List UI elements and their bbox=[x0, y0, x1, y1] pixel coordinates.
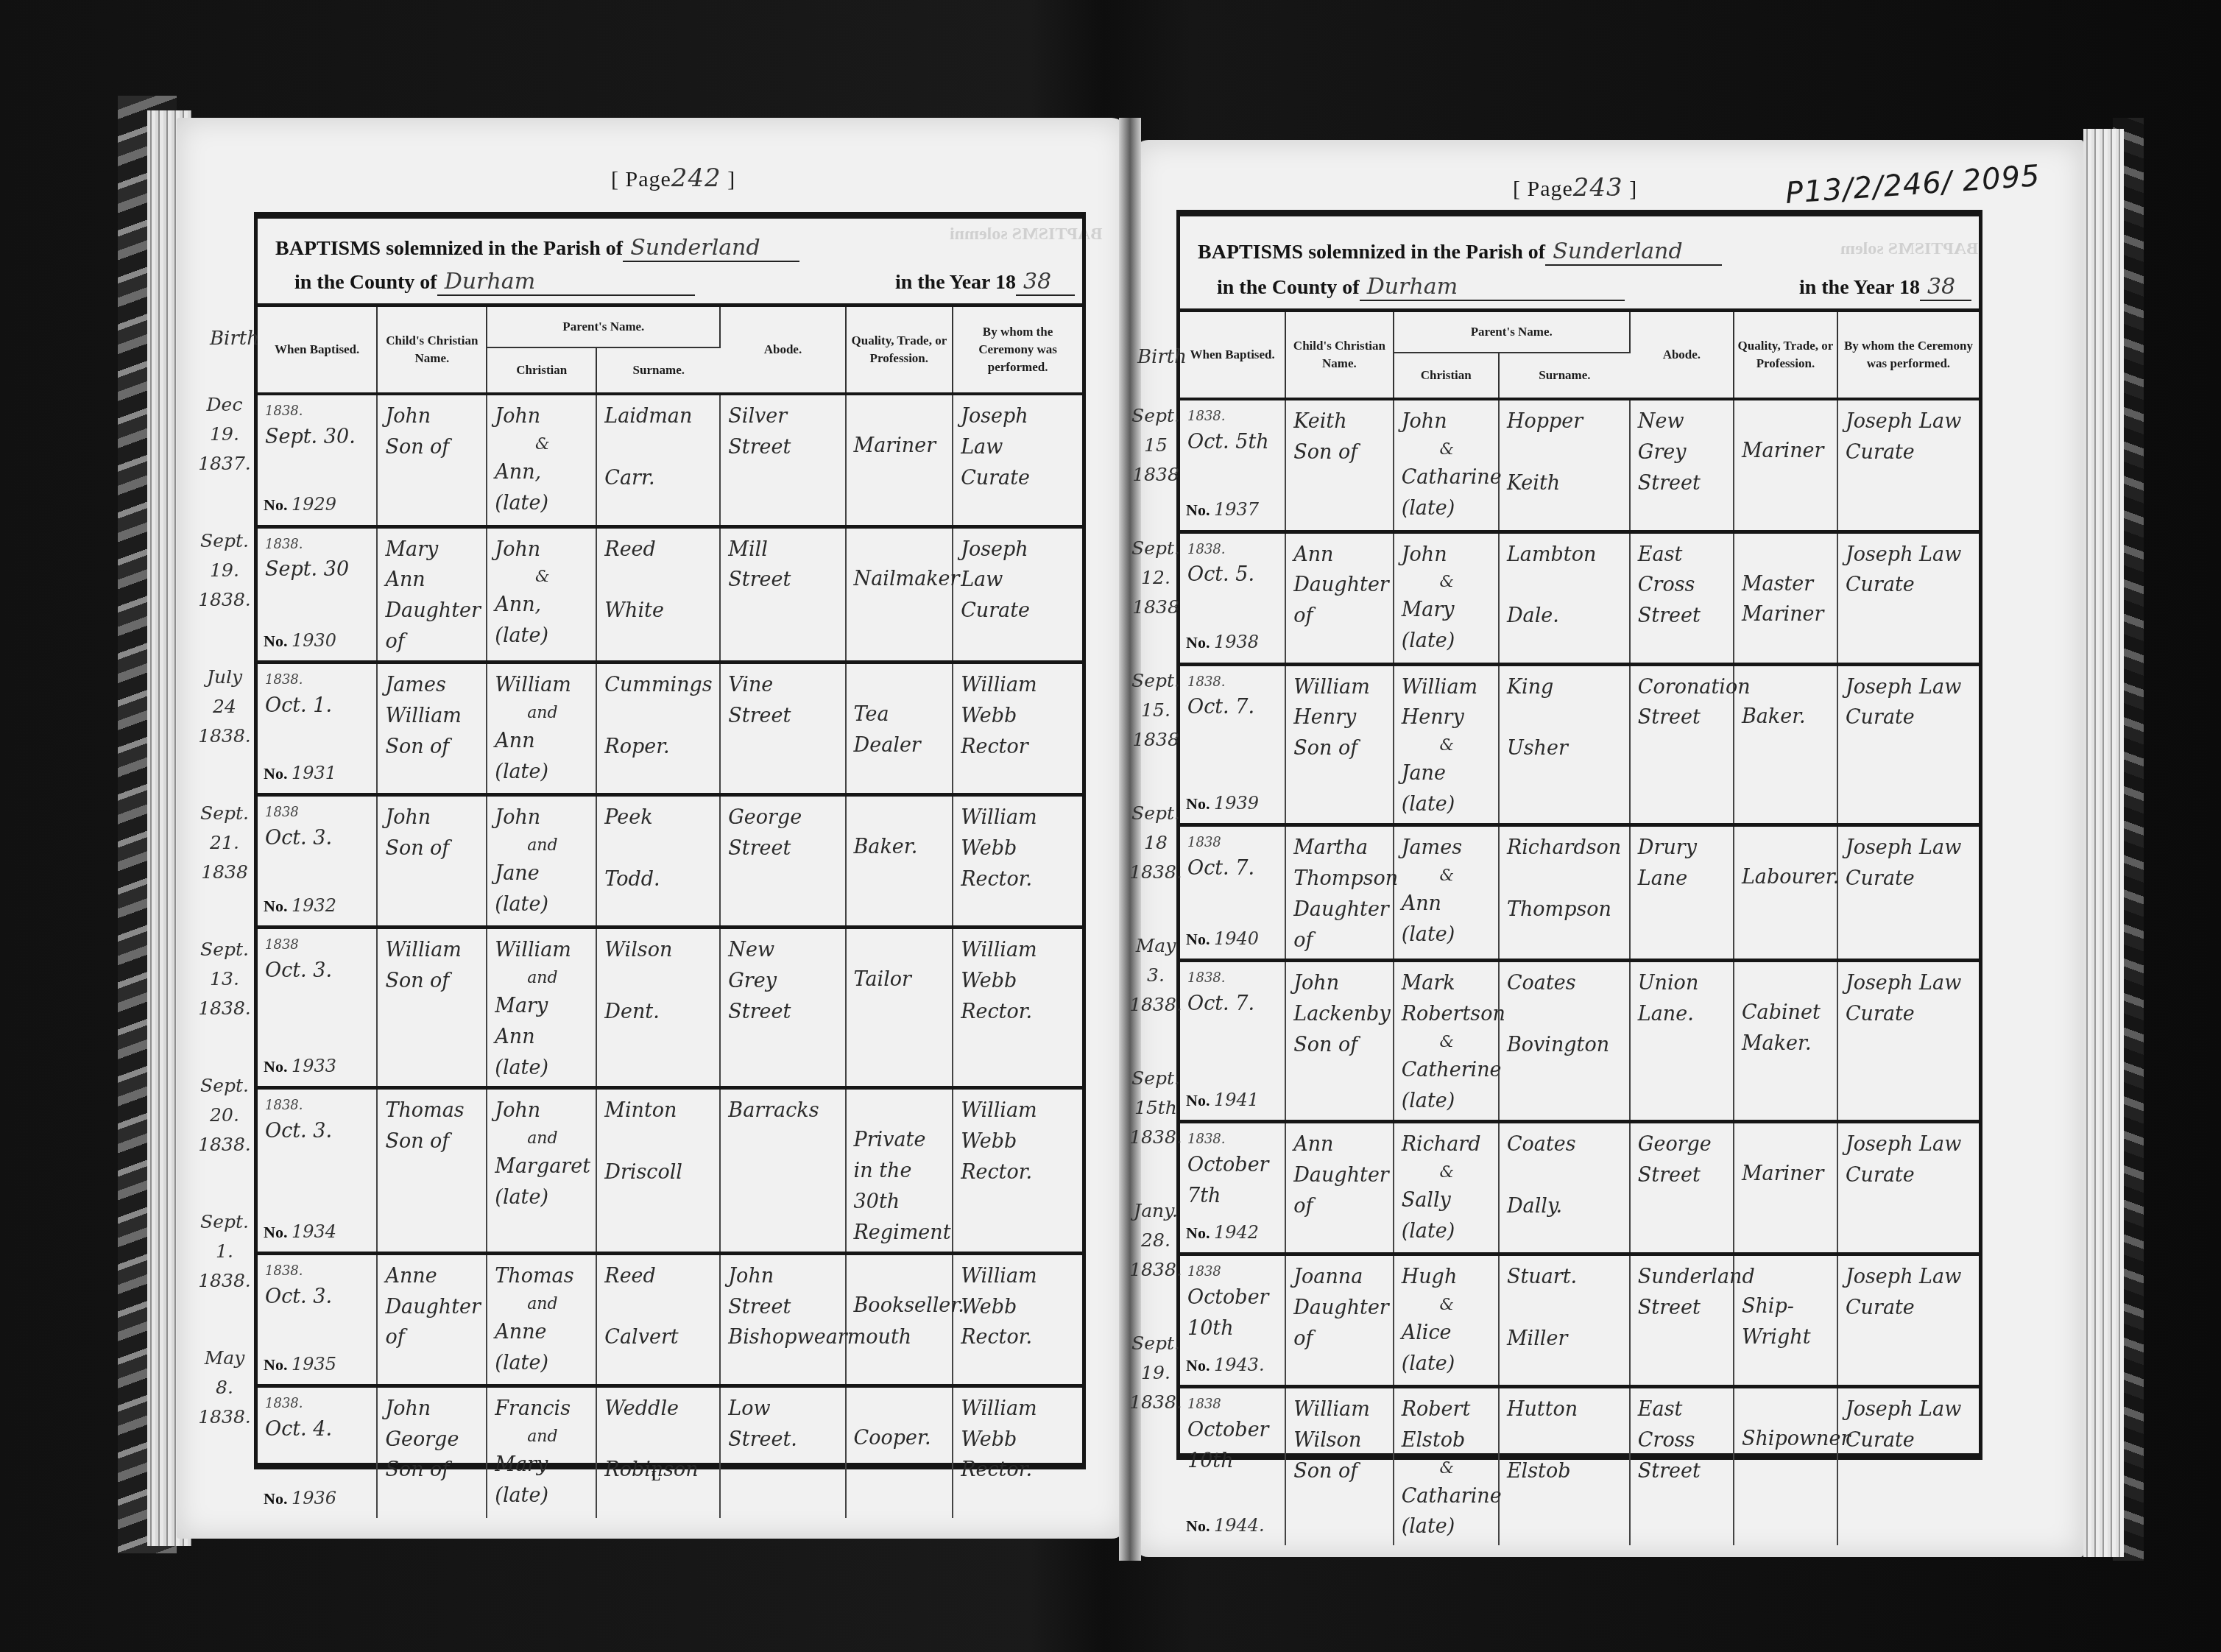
cell-by-whom: Joseph LawCurate bbox=[1837, 1386, 1979, 1545]
margin-birth-date: Sept.151838 bbox=[1126, 401, 1185, 490]
cell-parent-christian: John & Ann, (late) bbox=[487, 526, 596, 662]
cell-abode: NewGreyStreet bbox=[720, 927, 845, 1087]
conjunction: & bbox=[1402, 733, 1492, 758]
profession: Private in the 30th Regiment bbox=[854, 1095, 947, 1248]
birth-date-part: 1838. bbox=[195, 585, 254, 615]
child-line: Thomas bbox=[385, 1095, 480, 1126]
birth-date-part: Sept. bbox=[1126, 666, 1185, 696]
conjunction: & bbox=[1402, 1030, 1492, 1055]
margin-birth-date: May3.1838. bbox=[1126, 931, 1185, 1020]
entry-year: 1838 bbox=[1187, 833, 1279, 853]
county-line: in the County ofDurham bbox=[294, 269, 695, 296]
cell-abode: GeorgeStreet bbox=[1630, 1121, 1734, 1254]
surname: King bbox=[1507, 672, 1623, 703]
cell-when-baptised: 1838. Oct. 3. No. 1935 bbox=[258, 1253, 377, 1386]
birth-date-part: 24 bbox=[195, 692, 254, 721]
birth-date-part: 8. bbox=[195, 1373, 254, 1402]
cell-child-name: AnneDaughterof bbox=[377, 1253, 487, 1386]
birth-date-part: Sept. bbox=[1126, 799, 1185, 828]
child-line: Son of bbox=[385, 833, 480, 864]
register-entry-row: 1838 Oct. 3. No. 1932 JohnSon of John an… bbox=[258, 794, 1082, 927]
margin-heading-birth: Birth bbox=[1137, 346, 1187, 368]
cell-parent-surname: Reed White bbox=[596, 526, 720, 662]
by_whom-line: Joseph Law bbox=[1846, 1394, 1973, 1425]
mother-maiden-name: White bbox=[604, 596, 713, 626]
child-line: Martha bbox=[1293, 833, 1386, 864]
surname: Cummings bbox=[604, 670, 713, 701]
register-entry-row: 1838 October 10th No. 1944. WilliamWilso… bbox=[1180, 1386, 1979, 1545]
cell-child-name: JohnSon of bbox=[377, 794, 487, 927]
abode-line: Grey bbox=[728, 966, 838, 997]
cell-when-baptised: 1838. Oct. 3. No. 1934 bbox=[258, 1088, 377, 1253]
cell-when-baptised: 1838 Oct. 3. No. 1932 bbox=[258, 794, 377, 927]
cell-parent-christian: John & Catharine (late) bbox=[1394, 399, 1499, 532]
col-abode: Abode. bbox=[1630, 312, 1734, 399]
page-edges-right bbox=[2083, 129, 2124, 1557]
profession: Mariner bbox=[1742, 1129, 1831, 1190]
birth-date-part: Sept. bbox=[1126, 401, 1185, 431]
register-entry-row: 1838 October 10th No. 1943. JoannaDaught… bbox=[1180, 1254, 1979, 1386]
mother-maiden-name: Todd. bbox=[604, 864, 713, 895]
surname: Laidman bbox=[604, 401, 713, 432]
abode-line: New bbox=[728, 935, 838, 966]
surname: Richardson bbox=[1507, 833, 1623, 864]
cell-abode: EastCross Street bbox=[1630, 532, 1734, 664]
by_whom-line: Curate bbox=[1846, 1425, 1973, 1456]
birth-date-part: 13. bbox=[195, 964, 254, 994]
baptism-date: Sept. 30 bbox=[265, 554, 370, 585]
cell-parent-christian: Robert Elstob & Catharine (late) bbox=[1394, 1386, 1499, 1545]
entry-year: 1838 bbox=[1187, 1394, 1279, 1415]
cell-abode: NewGreyStreet bbox=[1630, 399, 1734, 532]
page-number-left: [ Page242 ] bbox=[611, 163, 735, 193]
baptism-date: Oct. 4. bbox=[265, 1414, 370, 1445]
birth-date-part: 1838 bbox=[1126, 593, 1185, 622]
entry-number: No. 1929 bbox=[264, 491, 336, 518]
register-table-left: BAPTISMS solemnized in the Parish ofSund… bbox=[254, 212, 1086, 1469]
father-name: John bbox=[495, 802, 590, 833]
abode-line: Silver bbox=[728, 401, 838, 432]
mother-maiden-name: Keith bbox=[1507, 468, 1623, 499]
by_whom-line: Curate bbox=[1846, 702, 1973, 733]
conjunction: & bbox=[1402, 864, 1492, 889]
by_whom-line: Rector. bbox=[961, 1322, 1076, 1353]
baptism-date: October 10th bbox=[1187, 1282, 1279, 1344]
child-line: Son of bbox=[385, 1455, 480, 1486]
cell-child-name: WilliamHenrySon of bbox=[1285, 664, 1393, 825]
entry-number: No. 1942 bbox=[1186, 1219, 1259, 1246]
register-columns: When Baptised. Child's Christian Name. P… bbox=[258, 307, 1082, 1518]
by_whom-line: Joseph Law bbox=[1846, 1129, 1973, 1160]
by_whom-line: Curate bbox=[1846, 437, 1973, 468]
father-name: William Henry bbox=[1402, 672, 1492, 734]
signature-mark: L bbox=[652, 1469, 660, 1484]
mother-maiden-name: Usher bbox=[1507, 733, 1623, 764]
cell-profession: Cabinet Maker. bbox=[1734, 961, 1837, 1121]
birth-date-part: 19. bbox=[195, 556, 254, 585]
child-line: Anne bbox=[385, 1261, 480, 1292]
surname: Hutton bbox=[1507, 1394, 1623, 1425]
entry-year: 1838. bbox=[265, 670, 370, 691]
entry-year: 1838. bbox=[265, 401, 370, 422]
entry-number: No. 1943. bbox=[1186, 1352, 1265, 1379]
birth-date-part: 15th bbox=[1126, 1093, 1185, 1123]
baptism-date: Sept. 30. bbox=[265, 422, 370, 453]
by_whom-line: Joseph Law bbox=[1846, 968, 1973, 999]
cell-by-whom: William WebbRector. bbox=[953, 1253, 1082, 1386]
profession: Bookseller. bbox=[854, 1261, 947, 1321]
cell-by-whom: William WebbRector. bbox=[953, 794, 1082, 927]
entry-number: No. 1935 bbox=[264, 1351, 336, 1378]
birth-date-part: 1838. bbox=[195, 1266, 254, 1296]
birth-date-part: 20. bbox=[195, 1101, 254, 1130]
child-line: of bbox=[1293, 1324, 1386, 1355]
entry-year: 1838. bbox=[265, 1261, 370, 1282]
page-number-right: [ Page243 ] bbox=[1513, 173, 1637, 202]
cell-child-name: WilliamWilsonSon of bbox=[1285, 1386, 1393, 1545]
birth-date-part: 1838. bbox=[195, 994, 254, 1023]
baptism-date: Oct. 3. bbox=[265, 1282, 370, 1313]
by_whom-line: Rector. bbox=[961, 997, 1076, 1028]
cell-child-name: JohnLackenbySon of bbox=[1285, 961, 1393, 1121]
by_whom-line: Joseph Law bbox=[1846, 1262, 1973, 1293]
abode-line: Sunderland bbox=[1638, 1262, 1727, 1293]
by_whom-line: Rector. bbox=[961, 1157, 1076, 1188]
profession: Shipowner bbox=[1742, 1394, 1831, 1455]
abode-line: Mill bbox=[728, 534, 838, 565]
profession: Ship-Wright bbox=[1742, 1262, 1831, 1353]
col-abode: Abode. bbox=[720, 307, 845, 394]
cell-profession: Shipowner bbox=[1734, 1386, 1837, 1545]
cell-child-name: JamesWilliamSon of bbox=[377, 662, 487, 794]
father-name: John bbox=[1402, 406, 1492, 437]
birth-date-part: 3. bbox=[1126, 961, 1185, 990]
cell-when-baptised: 1838 Oct. 3. No. 1933 bbox=[258, 927, 377, 1087]
mother-name: Ann (late) bbox=[1402, 889, 1492, 950]
surname: Lambton bbox=[1507, 540, 1623, 571]
margin-heading-birth: Birth bbox=[210, 328, 259, 350]
birth-date-part: 1838. bbox=[195, 721, 254, 751]
cell-parent-surname: Lambton Dale. bbox=[1499, 532, 1630, 664]
father-name: Mark Robertson bbox=[1402, 968, 1492, 1030]
mother-name: Mary Ann (late) bbox=[495, 991, 590, 1084]
cell-profession: Private in the 30th Regiment bbox=[846, 1088, 953, 1253]
child-line: of bbox=[385, 626, 480, 657]
mother-maiden-name: Thompson bbox=[1507, 894, 1623, 925]
register-entry-row: 1838. Oct. 3. No. 1935 AnneDaughterof Th… bbox=[258, 1253, 1082, 1386]
cell-profession: Master Mariner bbox=[1734, 532, 1837, 664]
year-line: in the Year 1838 bbox=[1799, 274, 1971, 301]
by_whom-line: Joseph Law bbox=[961, 534, 1076, 596]
child-line: Daughter bbox=[1293, 570, 1386, 601]
cell-parent-surname: Cummings Roper. bbox=[596, 662, 720, 794]
conjunction: & bbox=[1402, 1293, 1492, 1318]
father-name: William bbox=[495, 935, 590, 966]
child-line: William bbox=[385, 935, 480, 966]
baptism-date: Oct. 1. bbox=[265, 691, 370, 721]
child-line: Son of bbox=[385, 432, 480, 463]
cell-by-whom: Joseph LawCurate bbox=[1837, 532, 1979, 664]
birth-date-part: 12. bbox=[1126, 563, 1185, 593]
cell-by-whom: Joseph LawCurate bbox=[1837, 961, 1979, 1121]
cell-parent-christian: Hugh & Alice (late) bbox=[1394, 1254, 1499, 1386]
cell-parent-surname: Weddle Robinson bbox=[596, 1386, 720, 1518]
margin-birth-date: Sept.21.1838 bbox=[195, 799, 254, 887]
abode-line: Lane bbox=[1638, 864, 1727, 894]
cell-by-whom: Joseph LawCurate bbox=[953, 526, 1082, 662]
by_whom-line: William Webb bbox=[961, 1261, 1076, 1323]
register-entry-row: 1838. Oct. 7. No. 1939 WilliamHenrySon o… bbox=[1180, 664, 1979, 825]
conjunction: & bbox=[495, 432, 590, 457]
birth-date-part: Jany. bbox=[1126, 1196, 1185, 1226]
conjunction: and bbox=[495, 1425, 590, 1450]
margin-birth-date: July241838. bbox=[195, 663, 254, 751]
mother-name: Ann, (late) bbox=[495, 457, 590, 519]
mother-name: Ann (late) bbox=[495, 726, 590, 788]
child-line: John bbox=[385, 401, 480, 432]
entry-number: No. 1930 bbox=[264, 627, 336, 654]
conjunction: & bbox=[1402, 1160, 1492, 1185]
child-line: Son of bbox=[385, 1126, 480, 1157]
surname: Weddle bbox=[604, 1394, 713, 1425]
birth-date-part: 1. bbox=[195, 1237, 254, 1266]
cell-child-name: JoannaDaughterof bbox=[1285, 1254, 1393, 1386]
abode-line: Low bbox=[728, 1394, 838, 1425]
col-parents-name: Parent's Name. bbox=[1394, 312, 1630, 353]
by_whom-line: William Webb bbox=[961, 935, 1076, 997]
cell-abode: VineStreet bbox=[720, 662, 845, 794]
baptism-date: Oct. 3. bbox=[265, 823, 370, 854]
child-line: Daughter bbox=[1293, 894, 1386, 925]
birth-date-part: Sept. bbox=[1126, 1329, 1185, 1358]
birth-date-part: 18 bbox=[1126, 828, 1185, 858]
child-line: Thompson bbox=[1293, 864, 1386, 894]
baptism-date: October 7th bbox=[1187, 1150, 1279, 1212]
entry-number: No. 1932 bbox=[264, 892, 336, 919]
county-field: Durham bbox=[437, 269, 695, 296]
cell-by-whom: Joseph LawCurate bbox=[1837, 664, 1979, 825]
child-line: Son of bbox=[1293, 1456, 1386, 1487]
register-header: BAPTISMS solemnized in the Parish ofSund… bbox=[1180, 216, 1979, 312]
birth-date-part: 1838. bbox=[1126, 1123, 1185, 1152]
abode-line: Street bbox=[728, 1292, 838, 1323]
cell-by-whom: Joseph LawCurate bbox=[1837, 1254, 1979, 1386]
child-line: Son of bbox=[1293, 1030, 1386, 1061]
abode-line: Street bbox=[1638, 468, 1727, 499]
baptism-date: Oct. 3. bbox=[265, 956, 370, 986]
abode-line: Grey bbox=[1638, 437, 1727, 468]
abode-line: Drury bbox=[1638, 833, 1727, 864]
cell-parent-surname: Minton Driscoll bbox=[596, 1088, 720, 1253]
child-line: William bbox=[1293, 672, 1386, 703]
surname: Peek bbox=[604, 802, 713, 833]
cell-profession: Tailor bbox=[846, 927, 953, 1087]
child-line: Lackenby bbox=[1293, 999, 1386, 1030]
abode-line: Street bbox=[728, 833, 838, 864]
birth-date-part: Sept. bbox=[195, 526, 254, 556]
by_whom-line: Curate bbox=[1846, 570, 1973, 601]
profession: Nailmaker bbox=[854, 534, 947, 595]
entry-number: No. 1934 bbox=[264, 1218, 336, 1246]
col-parents-name: Parent's Name. bbox=[487, 307, 720, 347]
register-header: BAPTISMS solemnized in the Parish ofSund… bbox=[258, 219, 1082, 307]
cell-when-baptised: 1838. Oct. 7. No. 1939 bbox=[1180, 664, 1285, 825]
cell-when-baptised: 1838. Oct. 5th No. 1937 bbox=[1180, 399, 1285, 532]
cell-when-baptised: 1838. October 7th No. 1942 bbox=[1180, 1121, 1285, 1254]
cell-when-baptised: 1838. Oct. 5. No. 1938 bbox=[1180, 532, 1285, 664]
mother-maiden-name: Elstob bbox=[1507, 1456, 1623, 1487]
mother-name: Catharine (late) bbox=[1402, 462, 1492, 524]
birth-date-part: Sept. bbox=[1126, 1064, 1185, 1093]
cell-when-baptised: 1838 Oct. 7. No. 1940 bbox=[1180, 825, 1285, 960]
child-line: Henry bbox=[1293, 702, 1386, 733]
mother-name: Jane (late) bbox=[1402, 758, 1492, 820]
child-line: Son of bbox=[1293, 437, 1386, 468]
entry-year: 1838. bbox=[1187, 968, 1279, 989]
profession: Mariner bbox=[1742, 406, 1831, 467]
conjunction: and bbox=[495, 1292, 590, 1317]
child-line: Daughter bbox=[385, 596, 480, 626]
cell-profession: Mariner bbox=[1734, 399, 1837, 532]
abode-line: George bbox=[728, 802, 838, 833]
abode-line: Street bbox=[728, 701, 838, 732]
cell-profession: Baker. bbox=[1734, 664, 1837, 825]
by_whom-line: Rector. bbox=[961, 1455, 1076, 1486]
child-line: Ann bbox=[1293, 540, 1386, 571]
cell-when-baptised: 1838. Oct. 4. No. 1936 bbox=[258, 1386, 377, 1518]
entry-number: No. 1939 bbox=[1186, 790, 1259, 817]
father-name: John bbox=[1402, 540, 1492, 571]
cell-by-whom: William WebbRector. bbox=[953, 1088, 1082, 1253]
register-title: BAPTISMS solemnized in the Parish ofSund… bbox=[1198, 239, 1722, 266]
cell-abode: SunderlandStreet bbox=[1630, 1254, 1734, 1386]
father-name: John bbox=[495, 401, 590, 432]
cell-abode: CoronationStreet bbox=[1630, 664, 1734, 825]
conjunction: & bbox=[1402, 437, 1492, 462]
cell-profession: Mariner bbox=[1734, 1121, 1837, 1254]
cell-parent-surname: Reed Calvert bbox=[596, 1253, 720, 1386]
profession: Cabinet Maker. bbox=[1742, 968, 1831, 1059]
birth-date-part: 21. bbox=[195, 828, 254, 858]
mother-name: Margaret (late) bbox=[495, 1151, 590, 1213]
by_whom-line: Joseph Law bbox=[1846, 672, 1973, 703]
father-name: Robert Elstob bbox=[1402, 1394, 1492, 1456]
profession: Tailor bbox=[854, 935, 947, 995]
by_whom-line: William Webb bbox=[961, 1095, 1076, 1157]
surname: Minton bbox=[604, 1095, 713, 1126]
child-line: Ann bbox=[385, 565, 480, 596]
register-entry-row: 1838. Oct. 3. No. 1934 ThomasSon of John… bbox=[258, 1088, 1082, 1253]
birth-date-part: 15 bbox=[1126, 431, 1185, 460]
margin-birth-date: Sept.15.1838 bbox=[1126, 666, 1185, 755]
mother-name: Ann, (late) bbox=[495, 590, 590, 652]
abode-line: East bbox=[1638, 540, 1727, 571]
baptism-date: Oct. 7. bbox=[1187, 853, 1279, 884]
cell-child-name: MaryAnnDaughterof bbox=[377, 526, 487, 662]
by_whom-line: Joseph Law bbox=[1846, 540, 1973, 571]
child-line: William bbox=[1293, 1394, 1386, 1425]
profession: Tea Dealer bbox=[854, 670, 947, 761]
cell-by-whom: William WebbRector. bbox=[953, 927, 1082, 1087]
cell-by-whom: Joseph LawCurate bbox=[1837, 399, 1979, 532]
mother-maiden-name: Dally. bbox=[1507, 1191, 1623, 1222]
child-line: Joanna bbox=[1293, 1262, 1386, 1293]
birth-date-part: 1838. bbox=[1126, 858, 1185, 887]
by_whom-line: Joseph Law bbox=[1846, 406, 1973, 437]
register-entry-row: 1838. Sept. 30 No. 1930 MaryAnnDaughtero… bbox=[258, 526, 1082, 662]
register-table-right: BAPTISMS solemnized in the Parish ofSund… bbox=[1176, 210, 1982, 1460]
child-line: John bbox=[385, 802, 480, 833]
cell-when-baptised: 1838. Sept. 30 No. 1930 bbox=[258, 526, 377, 662]
cell-child-name: WilliamSon of bbox=[377, 927, 487, 1087]
abode-line: Barracks bbox=[728, 1095, 838, 1126]
baptism-date: Oct. 5th bbox=[1187, 427, 1279, 458]
by_whom-line: Curate bbox=[1846, 864, 1973, 894]
cell-by-whom: William WebbRector bbox=[953, 662, 1082, 794]
cell-parent-christian: John & Ann, (late) bbox=[487, 394, 596, 526]
col-child-name: Child's Christian Name. bbox=[1285, 312, 1393, 399]
by_whom-line: Curate bbox=[961, 463, 1076, 494]
cell-profession: Cooper. bbox=[846, 1386, 953, 1518]
child-line: Mary bbox=[385, 534, 480, 565]
col-when-baptised: When Baptised. bbox=[1180, 312, 1285, 399]
mother-maiden-name: Calvert bbox=[604, 1322, 713, 1353]
mother-name: Catherine (late) bbox=[1402, 1055, 1492, 1117]
mother-maiden-name: Dale. bbox=[1507, 601, 1623, 632]
col-when-baptised: When Baptised. bbox=[258, 307, 377, 394]
father-name: Richard bbox=[1402, 1129, 1492, 1160]
county-field: Durham bbox=[1360, 274, 1625, 301]
by_whom-line: Curate bbox=[1846, 999, 1973, 1030]
register-entry-row: 1838. Oct. 5. No. 1938 AnnDaughterof Joh… bbox=[1180, 532, 1979, 664]
abode-line: George bbox=[1638, 1129, 1727, 1160]
parish-field: Sunderland bbox=[1545, 239, 1722, 266]
register-entry-row: 1838. Oct. 4. No. 1936 JohnGeorgeSon of … bbox=[258, 1386, 1082, 1518]
child-line: William bbox=[385, 701, 480, 732]
cell-profession: Bookseller. bbox=[846, 1253, 953, 1386]
entry-year: 1838. bbox=[1187, 540, 1279, 560]
cell-parent-surname: Richardson Thompson bbox=[1499, 825, 1630, 960]
entry-year: 1838. bbox=[1187, 672, 1279, 693]
baptism-date: Oct. 7. bbox=[1187, 989, 1279, 1020]
by_whom-line: Curate bbox=[1846, 1160, 1973, 1191]
birth-date-part: 1837. bbox=[195, 449, 254, 479]
cell-when-baptised: 1838 October 10th No. 1944. bbox=[1180, 1386, 1285, 1545]
margin-birth-date: Sept.19.1838. bbox=[1126, 1329, 1185, 1417]
birth-date-part: Sept. bbox=[195, 935, 254, 964]
entry-year: 1838. bbox=[1187, 1129, 1279, 1150]
mother-maiden-name: Carr. bbox=[604, 463, 713, 494]
father-name: Hugh bbox=[1402, 1262, 1492, 1293]
col-child-name: Child's Christian Name. bbox=[377, 307, 487, 394]
cell-abode: DruryLane bbox=[1630, 825, 1734, 960]
birth-date-part: Sept. bbox=[195, 1071, 254, 1101]
entry-year: 1838. bbox=[265, 1394, 370, 1414]
cell-child-name: JohnSon of bbox=[377, 394, 487, 526]
cell-abode: Barracks bbox=[720, 1088, 845, 1253]
mother-maiden-name: Roper. bbox=[604, 732, 713, 763]
margin-birth-date: Dec19.1837. bbox=[195, 390, 254, 479]
cell-child-name: JohnGeorgeSon of bbox=[377, 1386, 487, 1518]
birth-date-part: 1838 bbox=[195, 858, 254, 887]
abode-line: Street bbox=[1638, 1293, 1727, 1324]
cell-abode: JohnStreetBishopwearmouth bbox=[720, 1253, 845, 1386]
surname: Stuart. bbox=[1507, 1262, 1623, 1293]
conjunction: and bbox=[495, 966, 590, 991]
cell-abode: EastCrossStreet bbox=[1630, 1386, 1734, 1545]
cell-abode: UnionLane. bbox=[1630, 961, 1734, 1121]
cell-parent-surname: Wilson Dent. bbox=[596, 927, 720, 1087]
